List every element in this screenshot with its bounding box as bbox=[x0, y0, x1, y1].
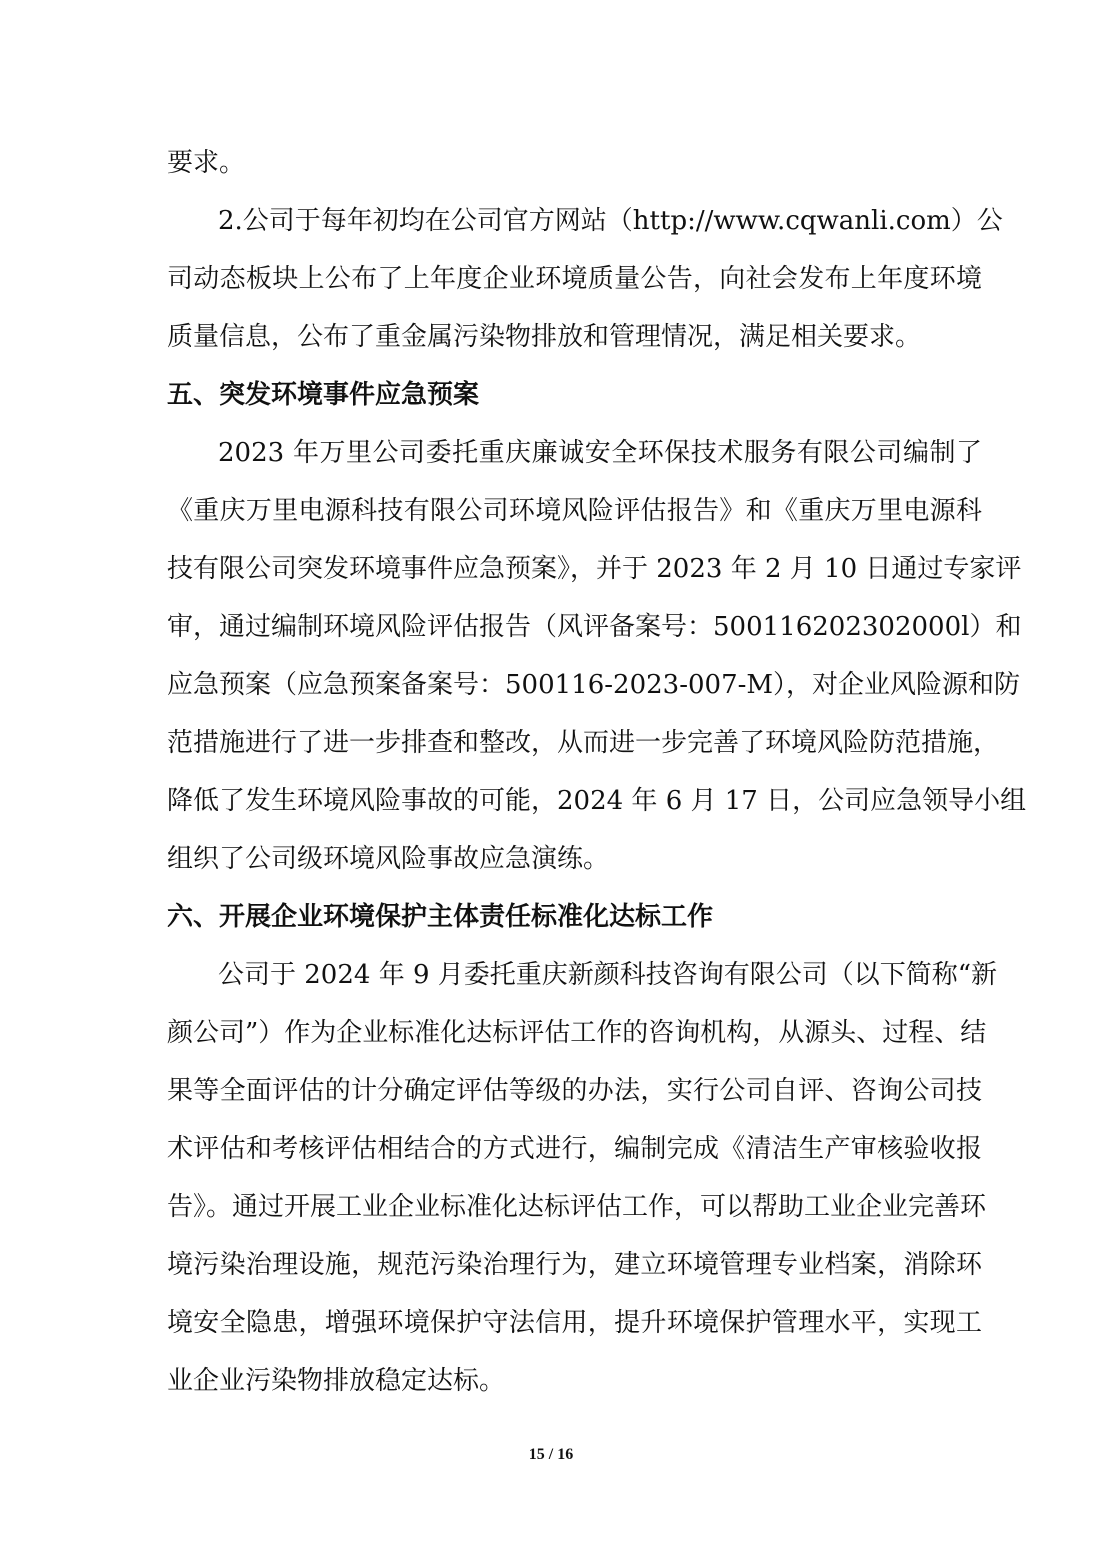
document-page: 要求。2.公司于每年初均在公司官方网站（http://www.cqwanli.c… bbox=[0, 0, 1102, 1559]
paragraph-first-line: 2.公司于每年初均在公司官方网站（http://www.cqwanli.com）… bbox=[218, 201, 982, 241]
paragraph-line: 业企业污染物排放稳定达标。 bbox=[167, 1361, 982, 1401]
paragraph-line: 应急预案（应急预案备案号：500116-2023-007-M），对企业风险源和防 bbox=[167, 665, 982, 705]
paragraph-line: 审，通过编制环境风险评估报告（风评备案号：500116202302000l）和 bbox=[167, 607, 982, 647]
paragraph-line: 组织了公司级环境风险事故应急演练。 bbox=[167, 839, 982, 879]
paragraph-line: 技有限公司突发环境事件应急预案》，并于 2023 年 2 月 10 日通过专家评 bbox=[167, 549, 982, 589]
paragraph-line: 要求。 bbox=[167, 143, 982, 183]
paragraph-line: 范措施进行了进一步排查和整改，从而进一步完善了环境风险防范措施， bbox=[167, 723, 982, 763]
paragraph-line: 告》。通过开展工业企业标准化达标评估工作，可以帮助工业企业完善环 bbox=[167, 1187, 982, 1227]
paragraph-line: 司动态板块上公布了上年度企业环境质量公告，向社会发布上年度环境 bbox=[167, 259, 982, 299]
paragraph-line: 《重庆万里电源科技有限公司环境风险评估报告》和《重庆万里电源科 bbox=[167, 491, 982, 531]
section-heading: 五、突发环境事件应急预案 bbox=[167, 375, 479, 415]
paragraph-line: 颜公司”）作为企业标准化达标评估工作的咨询机构，从源头、过程、结 bbox=[167, 1013, 982, 1053]
paragraph-first-line: 2023 年万里公司委托重庆廉诚安全环保技术服务有限公司编制了 bbox=[218, 433, 982, 473]
paragraph-line: 境安全隐患，增强环境保护守法信用，提升环境保护管理水平，实现工 bbox=[167, 1303, 982, 1343]
paragraph-line: 质量信息，公布了重金属污染物排放和管理情况，满足相关要求。 bbox=[167, 317, 982, 357]
page-number: 15 / 16 bbox=[0, 1446, 1102, 1464]
paragraph-line: 果等全面评估的计分确定评估等级的办法，实行公司自评、咨询公司技 bbox=[167, 1071, 982, 1111]
section-heading: 六、开展企业环境保护主体责任标准化达标工作 bbox=[167, 897, 713, 937]
paragraph-line: 术评估和考核评估相结合的方式进行，编制完成《清洁生产审核验收报 bbox=[167, 1129, 982, 1169]
paragraph-first-line: 公司于 2024 年 9 月委托重庆新颜科技咨询有限公司（以下简称“新 bbox=[218, 955, 982, 995]
paragraph-line: 降低了发生环境风险事故的可能，2024 年 6 月 17 日，公司应急领导小组 bbox=[167, 781, 982, 821]
paragraph-line: 境污染治理设施，规范污染治理行为，建立环境管理专业档案，消除环 bbox=[167, 1245, 982, 1285]
